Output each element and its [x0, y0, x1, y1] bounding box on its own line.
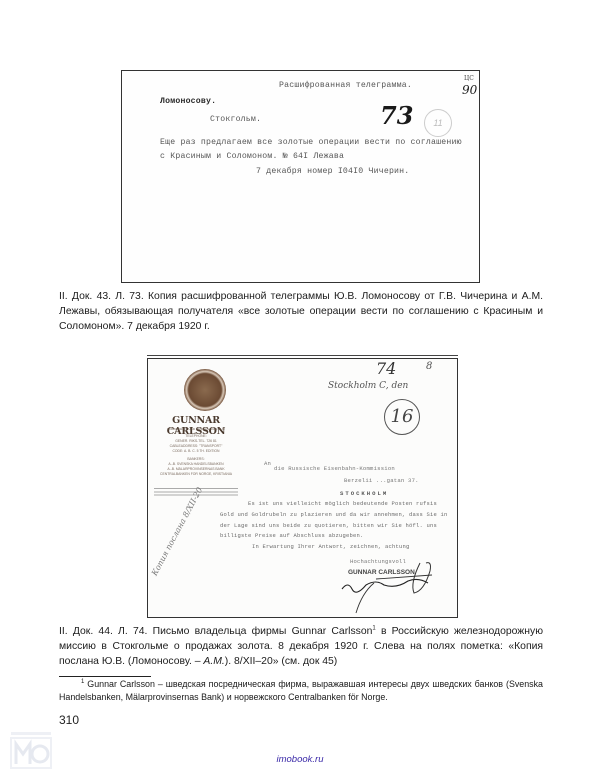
- letter-body-line: In Erwartung Ihrer Antwort, zeichnen, ac…: [252, 543, 410, 550]
- handwritten-signature: [336, 555, 446, 617]
- place-date: Stockholm C, den: [328, 381, 408, 391]
- corner-mark-top: ЦС: [464, 75, 474, 82]
- page-number: 310: [59, 713, 79, 727]
- company-logo-emblem: [184, 369, 226, 411]
- telegram-signature: 7 декабря номер I04I0 Чичерин.: [256, 167, 409, 176]
- telegram-addressee: Ломоносову.: [160, 97, 216, 106]
- company-subtitle: KOMMISSION- UND GENERALAGENTUR: [150, 427, 242, 431]
- margin-note: Копия послана 8/XII-20: [150, 502, 196, 577]
- recipient-city: STOCKHOLM: [340, 490, 388, 497]
- caption2-initials: А.М.: [203, 656, 224, 667]
- circle-stamp-number: 16: [391, 406, 414, 427]
- letterhead-line: CODE: A. B. C. 5 TH. EDITION: [156, 449, 236, 454]
- telegram-body-line2: с Красиным и Соломоном. № 64I Лежава: [160, 152, 344, 161]
- letter-body-line: billigste Preise auf Abschluss abzugeben…: [220, 532, 364, 539]
- caption2-text-end: ). 8/XII–20» (см. док 45): [225, 656, 337, 667]
- handwritten-page-number: 74: [376, 359, 396, 378]
- caption2-text: II. Док. 44. Л. 74. Письмо владельца фир…: [59, 626, 372, 637]
- letter-body-line: Gold und Goldrubeln zu plazieren und da …: [220, 511, 448, 518]
- telegram-body-line1: Еще раз предлагаем все золотые операции …: [160, 138, 462, 147]
- figure-separator: [147, 355, 458, 356]
- recipient-name: die Russische Eisenbahn-Kommission: [274, 465, 395, 472]
- letterhead-contacts: TELEPHONE: GENER. RIKS-TEL. 726 81 CABLE…: [156, 434, 236, 477]
- recipient-street: Berzelii ...gatan 37.: [344, 477, 419, 484]
- circle-stamp-number: 11: [433, 118, 442, 128]
- footnote: 1 Gunnar Carlsson – шведская посредничес…: [59, 678, 543, 704]
- figure2-caption: II. Док. 44. Л. 74. Письмо владельца фир…: [59, 624, 543, 669]
- telegram-scan-image: Расшифрованная телеграмма. Ломоносову. С…: [121, 70, 480, 283]
- footnote-text: Gunnar Carlsson – шведская посредническа…: [59, 679, 543, 702]
- telegram-city: Стокгольм.: [210, 115, 261, 124]
- handwritten-page-number: 73: [380, 101, 413, 130]
- site-link[interactable]: imobook.ru: [0, 754, 600, 765]
- letter-body-line: Es ist uns vielleicht möglich bedeutende…: [248, 500, 437, 507]
- letter-scan-image: GUNNAR CARLSSON KOMMISSION- UND GENERALA…: [147, 358, 458, 618]
- corner-mark: 8: [426, 361, 432, 372]
- letter-body-line: der Lage sind uns beide zu quotieren, bi…: [220, 522, 437, 529]
- recipient-prefix: An: [264, 460, 271, 467]
- figure1-caption: II. Док. 43. Л. 73. Копия расшифрованной…: [59, 289, 543, 334]
- circle-stamp: 11: [424, 109, 452, 137]
- corner-mark-bottom: 90: [462, 83, 477, 97]
- telegram-header: Расшифрованная телеграмма.: [279, 81, 412, 90]
- banker-line: CENTRALBANKEN FOR NORGE, KRISTIANIA: [156, 472, 236, 477]
- footnote-separator: [59, 676, 151, 677]
- circle-stamp: 16: [384, 399, 420, 435]
